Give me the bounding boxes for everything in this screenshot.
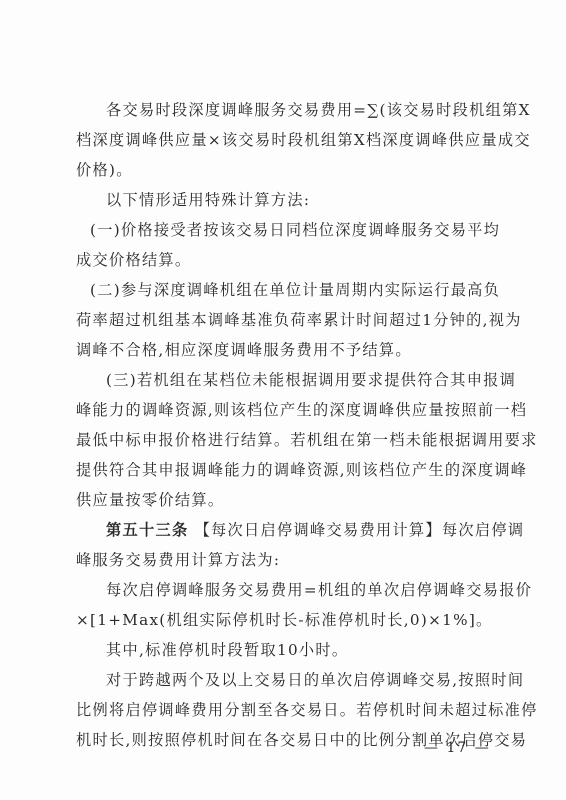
paragraph-line: 其中,标准停机时段暂取10小时。 — [106, 640, 348, 660]
article-title-text: 【每次日启停调峰交易费用计算】每次启停调 — [188, 521, 524, 539]
paragraph-line: 对于跨越两个及以上交易日的单次启停调峰交易,按照时间 — [106, 670, 524, 690]
paragraph-line: 供应量按零价结算。 — [76, 490, 224, 510]
paragraph-line: 价格)。 — [76, 160, 133, 180]
paragraph-line: 峰服务交易费用计算方法为: — [76, 550, 280, 570]
paragraph-line: 比例将启停调峰费用分割至各交易日。若停机时间未超过标准停 — [76, 700, 538, 720]
formula-line: ×[1+Max(机组实际停机时长-标准停机时长,0)×1%]。 — [76, 610, 493, 630]
paragraph-line: 以下情形适用特殊计算方法: — [106, 190, 310, 210]
paragraph-line: 最低中标申报价格进行结算。若机组在第一档未能根据调用要求 — [76, 430, 538, 450]
paragraph-line: (三)若机组在某档位未能根据调用要求提供符合其申报调 — [106, 370, 516, 390]
paragraph-line: (二)参与深度调峰机组在单位计量周期内实际运行最高负 — [90, 280, 500, 300]
paragraph-line: (一)价格接受者按该交易日同档位深度调峰服务交易平均 — [90, 220, 500, 240]
paragraph-line: 档深度调峰供应量×该交易时段机组第X档深度调峰供应量成交 — [76, 130, 531, 150]
paragraph-line: 各交易时段深度调峰服务交易费用=∑(该交易时段机组第X — [106, 100, 531, 120]
formula-line: 每次启停调峰服务交易费用=机组的单次启停调峰交易报价 — [106, 580, 532, 600]
article-heading-line: 第五十三条 【每次日启停调峰交易费用计算】每次启停调 — [106, 520, 524, 540]
article-number: 第五十三条 — [106, 521, 188, 539]
paragraph-line: 峰能力的调峰资源,则该档位产生的深度调峰供应量按照前一档 — [76, 400, 527, 420]
page-number: — 17 — — [424, 740, 491, 756]
paragraph-line: 成交价格结算。 — [76, 250, 191, 270]
paragraph-line: 调峰不合格,相应深度调峰服务费用不予结算。 — [76, 340, 412, 360]
paragraph-line: 荷率超过机组基本调峰基准负荷率累计时间超过1分钟的,视为 — [76, 310, 522, 330]
paragraph-line: 提供符合其申报调峰能力的调峰资源,则该档位产生的深度调峰 — [76, 460, 527, 480]
